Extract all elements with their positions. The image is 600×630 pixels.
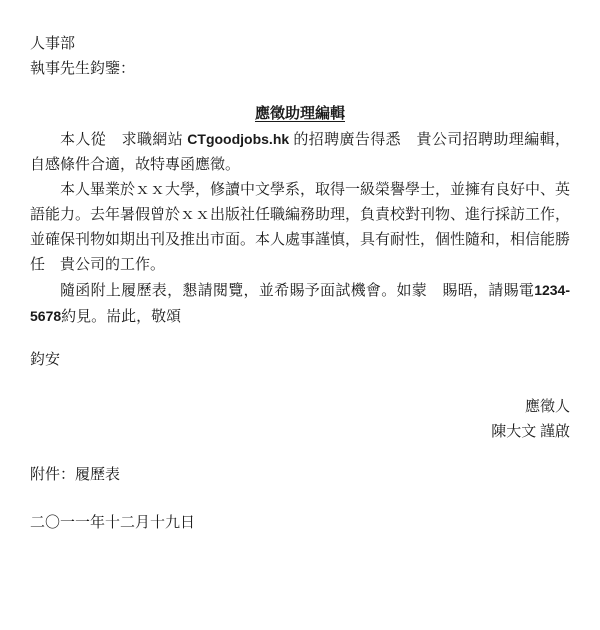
applicant-name: 陳大文 謹啟 [30, 420, 570, 445]
subject-row: 應徵助理編輯 [30, 102, 570, 127]
closing-greeting: 鈞安 [30, 348, 570, 373]
salutation: 執事先生鈞鑒： [30, 57, 570, 82]
letter-date: 二〇一一年十二月十九日 [30, 511, 570, 536]
paragraph-closing-request: 隨函附上履歷表，懇請閱覽，並希賜予面試機會。如蒙 賜晤，請賜電1234-5678… [30, 278, 570, 330]
paragraph-qualifications: 本人畢業於ｘｘ大學，修讀中文學系，取得一級榮譽學士，並擁有良好中、英語能力。去年… [30, 178, 570, 278]
job-website-name: CTgoodjobs.hk [187, 131, 289, 147]
applicant-role: 應徵人 [30, 395, 570, 420]
paragraph3-lead-text: 隨函附上履歷表，懇請閱覽，並希賜予面試機會。如蒙 賜晤，請賜電 [60, 283, 534, 299]
paragraph-introduction: 本人從 求職網站 CTgoodjobs.hk 的招聘廣告得悉 貴公司招聘助理編輯… [30, 127, 570, 178]
recipient-department: 人事部 [30, 32, 570, 57]
attachment-note: 附件：履歷表 [30, 463, 570, 488]
letter-subject-title: 應徵助理編輯 [255, 106, 345, 122]
signature-block: 應徵人 陳大文 謹啟 [30, 395, 570, 445]
cover-letter-page: 人事部 執事先生鈞鑒： 應徵助理編輯 本人從 求職網站 CTgoodjobs.h… [0, 0, 600, 630]
paragraph3-tail-text: 約見。耑此，敬頌 [61, 309, 181, 325]
paragraph1-lead-text: 本人從 求職網站 [60, 132, 187, 148]
